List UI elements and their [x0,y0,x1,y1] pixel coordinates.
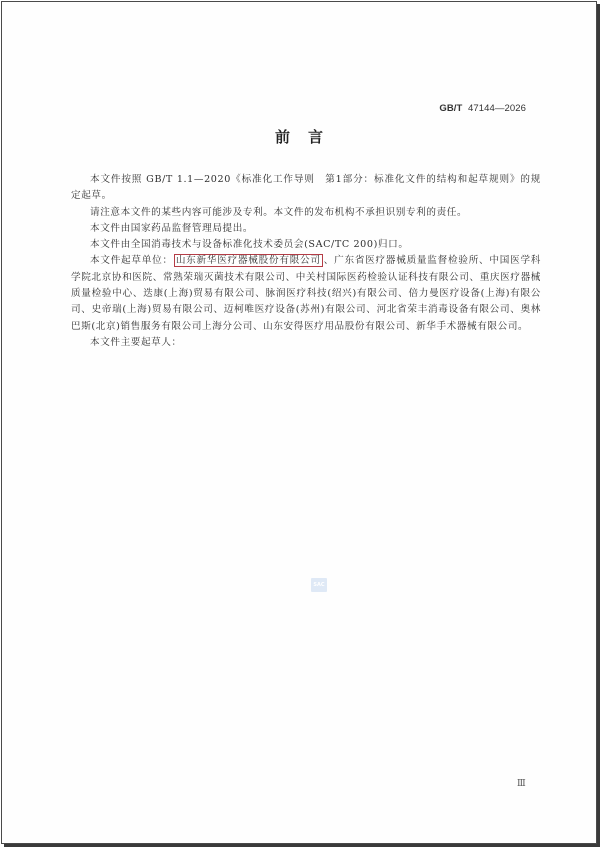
paragraph-technical-committee: 本文件由全国消毒技术与设备标准化技术委员会(SAC/TC 200)归口。 [71,237,541,253]
standard-number: GB/T 47144—2026 [439,103,526,114]
foreword-body: 本文件按照 GB/T 1.1—2020《标准化工作导则 第1部分：标准化文件的结… [71,172,541,351]
paragraph-drafting-units: 本文件起草单位：山东新华医疗器械股份有限公司、广东省医疗器械质量监督检验所、中国… [71,253,541,334]
standard-prefix: GB/T [439,103,462,114]
standard-code: 47144—2026 [468,103,526,114]
drafting-units-label: 本文件起草单位： [90,255,173,266]
sac-watermark-logo: SAC [311,578,327,592]
page-number: Ⅲ [517,779,526,789]
paragraph-proposer: 本文件由国家药品监督管理局提出。 [71,221,541,237]
highlighted-company: 山东新华医疗器械股份有限公司 [174,254,323,267]
document-page: GB/T 47144—2026 前言 本文件按照 GB/T 1.1—2020《标… [1,1,597,844]
paragraph-main-drafters: 本文件主要起草人： [71,335,541,351]
paragraph-patent-notice: 请注意本文件的某些内容可能涉及专利。本文件的发布机构不承担识别专利的责任。 [71,205,541,221]
paragraph-drafting-rules: 本文件按照 GB/T 1.1—2020《标准化工作导则 第1部分：标准化文件的结… [71,172,541,205]
page-title: 前言 [2,126,596,147]
